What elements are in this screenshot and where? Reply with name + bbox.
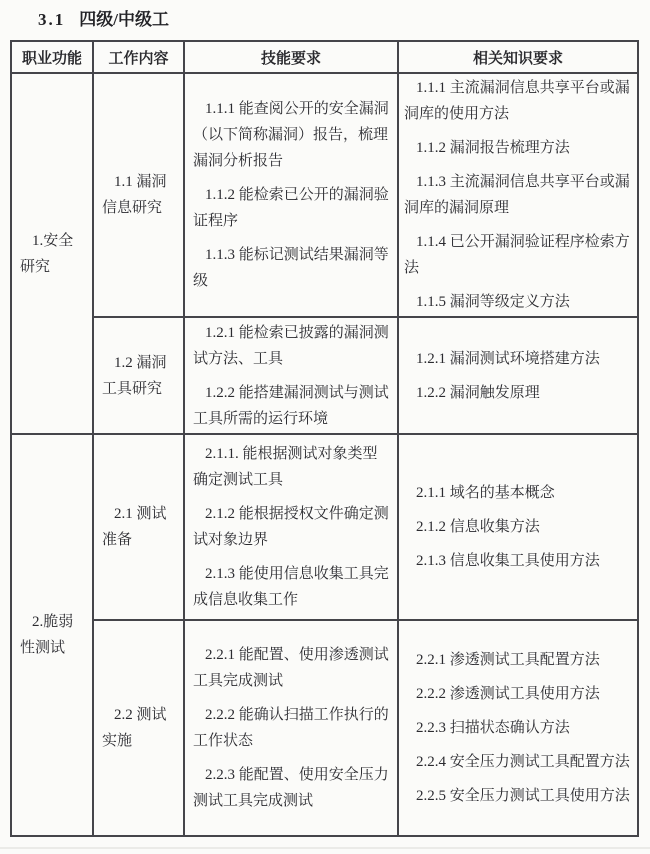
- knowledge-requirements-cell: 2.1.1 域名的基本概念2.1.2 信息收集方法2.1.3 信息收集工具使用方…: [398, 434, 638, 620]
- section-number: 3.1: [38, 10, 65, 29]
- work-content-label: 1.1 漏洞信息研究: [102, 169, 175, 221]
- skill-requirements-table: 职业功能 工作内容 技能要求 相关知识要求 1.安全研究1.1 漏洞信息研究1.…: [10, 40, 639, 837]
- table-row: 1.2 漏洞工具研究1.2.1 能检索已披露的漏洞测试方法、工具1.2.2 能搭…: [11, 317, 638, 434]
- work-content-label: 1.2 漏洞工具研究: [102, 350, 175, 402]
- column-header-skill-requirements: 技能要求: [184, 41, 398, 73]
- function-cell: 2.脆弱性测试: [11, 434, 93, 836]
- function-label: 1.安全研究: [20, 228, 84, 280]
- knowledge-item: 2.2.2 渗透测试工具使用方法: [404, 681, 632, 707]
- skill-item: 2.2.2 能确认扫描工作执行的工作状态: [193, 702, 389, 754]
- work-content-label: 2.2 测试实施: [102, 702, 175, 754]
- knowledge-item: 2.2.1 渗透测试工具配置方法: [404, 647, 632, 673]
- skill-requirements-cell: 2.2.1 能配置、使用渗透测试工具完成测试2.2.2 能确认扫描工作执行的工作…: [184, 620, 398, 836]
- skill-item: 1.2.2 能搭建漏洞测试与测试工具所需的运行环境: [193, 380, 389, 432]
- knowledge-requirements-cell: 1.1.1 主流漏洞信息共享平台或漏洞库的使用方法1.1.2 漏洞报告梳理方法1…: [398, 73, 638, 317]
- work-content-label: 2.1 测试准备: [102, 501, 175, 553]
- table-header-row: 职业功能 工作内容 技能要求 相关知识要求: [11, 41, 638, 73]
- skill-requirements-cell: 1.1.1 能查阅公开的安全漏洞（以下简称漏洞）报告，梳理漏洞分析报告1.1.2…: [184, 73, 398, 317]
- column-header-work-content: 工作内容: [93, 41, 184, 73]
- table-body: 1.安全研究1.1 漏洞信息研究1.1.1 能查阅公开的安全漏洞（以下简称漏洞）…: [11, 73, 638, 836]
- work-content-cell: 1.2 漏洞工具研究: [93, 317, 184, 434]
- knowledge-item: 1.1.4 已公开漏洞验证程序检索方法: [404, 229, 632, 281]
- knowledge-item: 1.1.2 漏洞报告梳理方法: [404, 135, 632, 161]
- skill-item: 2.1.2 能根据授权文件确定测试对象边界: [193, 501, 389, 553]
- function-label: 2.脆弱性测试: [20, 609, 84, 661]
- column-header-function: 职业功能: [11, 41, 93, 73]
- skill-item: 1.2.1 能检索已披露的漏洞测试方法、工具: [193, 320, 389, 372]
- work-content-cell: 2.2 测试实施: [93, 620, 184, 836]
- knowledge-item: 1.1.1 主流漏洞信息共享平台或漏洞库的使用方法: [404, 75, 632, 127]
- document-page: 3.1四级/中级工 职业功能 工作内容 技能要求 相关知识要求 1.安全研究1.…: [0, 0, 650, 854]
- table-row: 2.脆弱性测试2.1 测试准备2.1.1. 能根据测试对象类型确定测试工具2.1…: [11, 434, 638, 620]
- function-cell: 1.安全研究: [11, 73, 93, 434]
- knowledge-item: 1.1.3 主流漏洞信息共享平台或漏洞库的漏洞原理: [404, 169, 632, 221]
- knowledge-item: 2.2.4 安全压力测试工具配置方法: [404, 749, 632, 775]
- skill-item: 2.1.1. 能根据测试对象类型确定测试工具: [193, 441, 389, 493]
- skill-item: 2.2.3 能配置、使用安全压力测试工具完成测试: [193, 762, 389, 814]
- knowledge-item: 2.2.5 安全压力测试工具使用方法: [404, 783, 632, 809]
- section-title-label: 四级/中级工: [79, 10, 169, 29]
- skill-item: 1.1.3 能标记测试结果漏洞等级: [193, 242, 389, 294]
- skill-requirements-cell: 2.1.1. 能根据测试对象类型确定测试工具2.1.2 能根据授权文件确定测试对…: [184, 434, 398, 620]
- knowledge-item: 1.2.1 漏洞测试环境搭建方法: [404, 346, 632, 372]
- knowledge-item: 2.1.2 信息收集方法: [404, 514, 632, 540]
- table-row: 1.安全研究1.1 漏洞信息研究1.1.1 能查阅公开的安全漏洞（以下简称漏洞）…: [11, 73, 638, 317]
- column-header-knowledge-requirements: 相关知识要求: [398, 41, 638, 73]
- skill-item: 1.1.2 能检索已公开的漏洞验证程序: [193, 182, 389, 234]
- knowledge-item: 1.1.5 漏洞等级定义方法: [404, 289, 632, 315]
- skill-item: 1.1.1 能查阅公开的安全漏洞（以下简称漏洞）报告，梳理漏洞分析报告: [193, 96, 389, 174]
- knowledge-requirements-cell: 2.2.1 渗透测试工具配置方法2.2.2 渗透测试工具使用方法2.2.3 扫描…: [398, 620, 638, 836]
- table-row: 2.2 测试实施2.2.1 能配置、使用渗透测试工具完成测试2.2.2 能确认扫…: [11, 620, 638, 836]
- skill-requirements-cell: 1.2.1 能检索已披露的漏洞测试方法、工具1.2.2 能搭建漏洞测试与测试工具…: [184, 317, 398, 434]
- skill-item: 2.1.3 能使用信息收集工具完成信息收集工作: [193, 561, 389, 613]
- skill-item: 2.2.1 能配置、使用渗透测试工具完成测试: [193, 642, 389, 694]
- knowledge-item: 2.1.3 信息收集工具使用方法: [404, 548, 632, 574]
- page-edge-artifact: [0, 847, 650, 849]
- knowledge-item: 2.1.1 域名的基本概念: [404, 480, 632, 506]
- knowledge-item: 1.2.2 漏洞触发原理: [404, 380, 632, 406]
- work-content-cell: 2.1 测试准备: [93, 434, 184, 620]
- section-title: 3.1四级/中级工: [38, 8, 650, 32]
- knowledge-requirements-cell: 1.2.1 漏洞测试环境搭建方法1.2.2 漏洞触发原理: [398, 317, 638, 434]
- work-content-cell: 1.1 漏洞信息研究: [93, 73, 184, 317]
- knowledge-item: 2.2.3 扫描状态确认方法: [404, 715, 632, 741]
